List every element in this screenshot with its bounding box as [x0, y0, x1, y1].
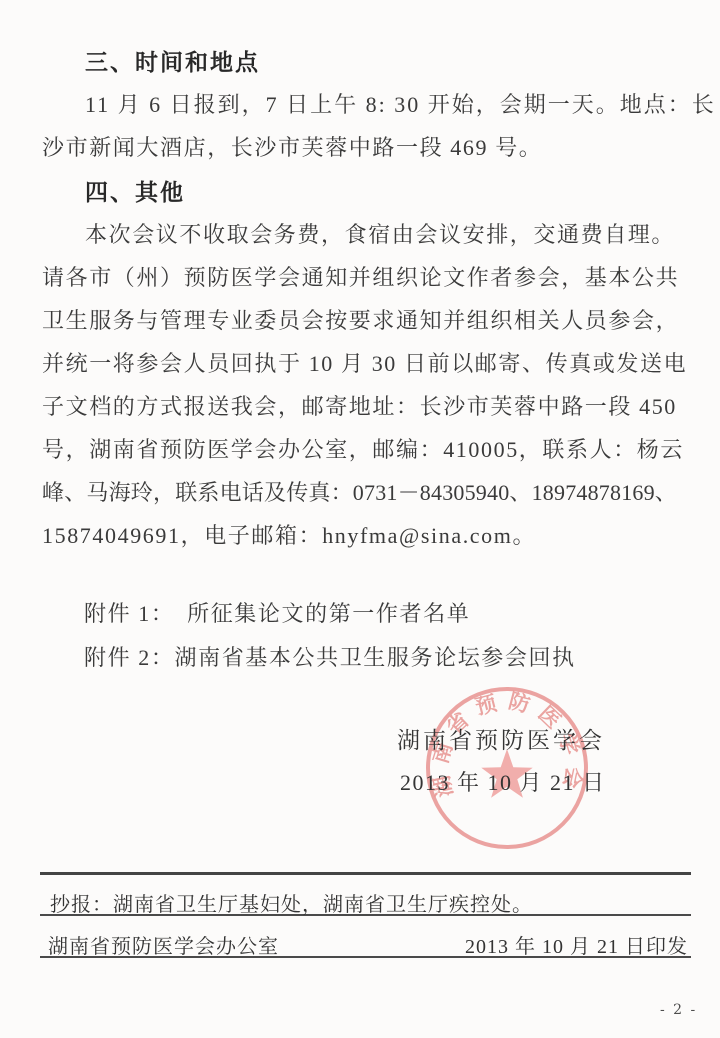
footer-bottom-rule — [40, 956, 691, 958]
page-number: - 2 - — [660, 1002, 697, 1018]
attachment-line-1: 附件 1： 所征集论文的第一作者名单 — [84, 597, 470, 628]
paragraph-line: 并统一将参会人员回执于 10 月 30 日前以邮寄、传真或发送电 — [42, 347, 687, 378]
issue-date: 2013 年 10 月 21 日印发 — [465, 930, 688, 959]
paragraph-line: 卫生服务与管理专业委员会按要求通知并组织相关人员参会， — [42, 304, 679, 335]
section-heading-time-location: 三、时间和地点 — [85, 44, 260, 77]
issuer-office: 湖南省预防医学会办公室 — [48, 930, 279, 959]
signature-org: 湖南省预防医学会 — [397, 722, 605, 755]
copy-to-line: 抄报：湖南省卫生厅基妇处，湖南省卫生厅疾控处。 — [50, 888, 533, 917]
paragraph-line: 号，湖南省预防医学会办公室，邮编：410005，联系人：杨云 — [42, 433, 684, 464]
scanned-document-page: 三、时间和地点 11 月 6 日报到，7 日上午 8: 30 开始，会期一天。地… — [0, 0, 720, 1038]
footer-middle-rule — [40, 914, 691, 916]
section-heading-other: 四、其他 — [85, 174, 185, 207]
paragraph-line: 请各市（州）预防医学会通知并组织论文作者参会，基本公共 — [42, 261, 679, 292]
paragraph-line: 峰、马海玲，联系电话及传真：0731－84305940、18974878169、 — [42, 476, 677, 507]
signature-date: 2013 年 10 月 21 日 — [400, 766, 606, 797]
paragraph-line: 沙市新闻大酒店，长沙市芙蓉中路一段 469 号。 — [42, 131, 542, 162]
paragraph-line: 15874049691，电子邮箱：hnyfma@sina.com。 — [42, 519, 536, 550]
paragraph-line: 子文档的方式报送我会，邮寄地址：长沙市芙蓉中路一段 450 — [42, 390, 677, 421]
paragraph-line: 11 月 6 日报到，7 日上午 8: 30 开始，会期一天。地点：长 — [85, 88, 716, 119]
paragraph-line: 本次会议不收取会务费，食宿由会议安排，交通费自理。 — [85, 218, 675, 249]
footer-top-rule — [40, 872, 691, 875]
attachment-line-2: 附件 2：湖南省基本公共卫生服务论坛参会回执 — [84, 641, 576, 672]
